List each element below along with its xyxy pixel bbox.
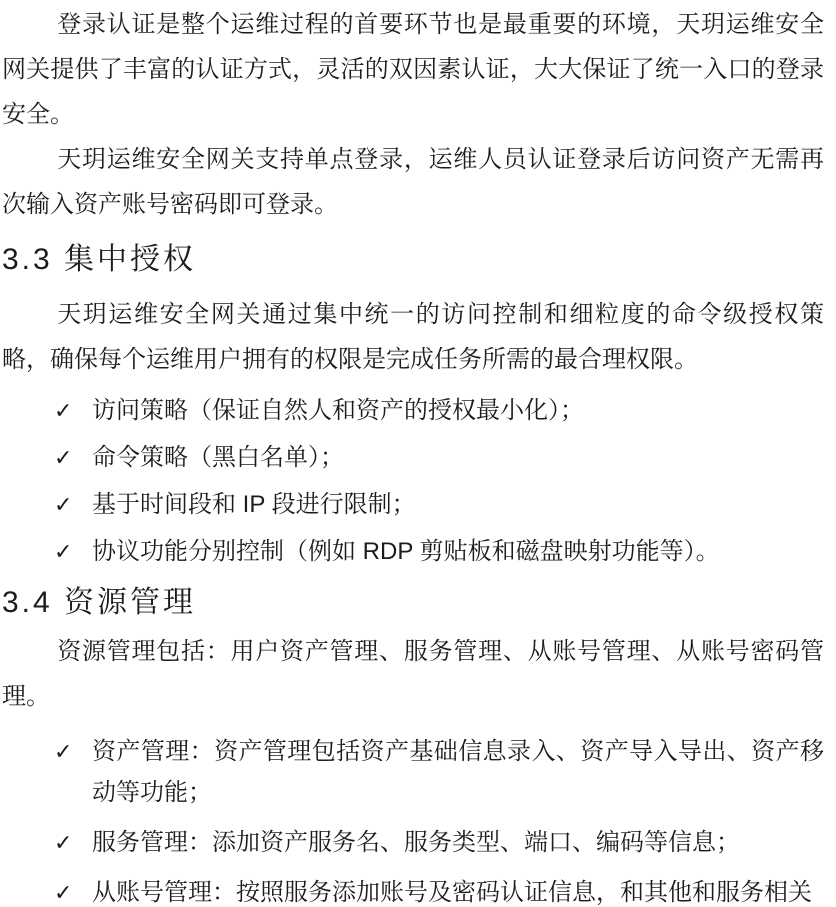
paragraph-resource-management: 资源管理包括：用户资产管理、服务管理、从账号管理、从账号密码管理。 xyxy=(2,629,824,719)
checklist-item: ✓协议功能分别控制（例如 RDP 剪贴板和磁盘映射功能等）。 xyxy=(54,529,824,574)
checkmark-icon: ✓ xyxy=(54,482,92,527)
checklist-item: ✓服务管理：添加资产服务名、服务类型、端口、编码等信息； xyxy=(54,822,824,863)
checkmark-icon: ✓ xyxy=(54,872,92,907)
checkmark-icon: ✓ xyxy=(54,435,92,480)
checklist-item: ✓资产管理：资产管理包括资产基础信息录入、资产导入导出、资产移动等功能； xyxy=(54,731,824,813)
checkmark-icon: ✓ xyxy=(54,529,92,574)
checkmark-icon: ✓ xyxy=(54,822,92,863)
checklist-item-text: 从账号管理：按照服务添加账号及密码认证信息，和其他和服务相关 xyxy=(92,872,824,907)
paragraph-central-authorization: 天玥运维安全网关通过集中统一的访问控制和细粒度的命令级授权策略，确保每个运维用户… xyxy=(2,292,824,382)
checklist-item: ✓访问策略（保证自然人和资产的授权最小化）； xyxy=(54,388,824,433)
checklist-authorization: ✓访问策略（保证自然人和资产的授权最小化）；✓命令策略（黑白名单）；✓基于时间段… xyxy=(2,388,824,574)
checkmark-icon: ✓ xyxy=(54,388,92,433)
checklist-item: ✓从账号管理：按照服务添加账号及密码认证信息，和其他和服务相关 xyxy=(54,872,824,907)
section-heading-3-3: 3.3 集中授权 xyxy=(2,240,824,280)
checklist-item-text: 资产管理：资产管理包括资产基础信息录入、资产导入导出、资产移动等功能； xyxy=(92,731,824,813)
paragraph-single-sign-on: 天玥运维安全网关支持单点登录，运维人员认证登录后访问资产无需再次输入资产账号密码… xyxy=(2,137,824,227)
checkmark-icon: ✓ xyxy=(54,731,92,772)
checklist-resource: ✓资产管理：资产管理包括资产基础信息录入、资产导入导出、资产移动等功能；✓服务管… xyxy=(2,731,824,907)
paragraph-login-auth: 登录认证是整个运维过程的首要环节也是最重要的环境，天玥运维安全网关提供了丰富的认… xyxy=(2,2,824,137)
checklist-item-text: 基于时间段和 IP 段进行限制； xyxy=(92,482,824,527)
checklist-item-text: 服务管理：添加资产服务名、服务类型、端口、编码等信息； xyxy=(92,822,824,863)
checklist-item-text: 访问策略（保证自然人和资产的授权最小化）； xyxy=(92,388,824,433)
checklist-item-text: 协议功能分别控制（例如 RDP 剪贴板和磁盘映射功能等）。 xyxy=(92,529,824,574)
checklist-item: ✓基于时间段和 IP 段进行限制； xyxy=(54,482,824,527)
checklist-item: ✓命令策略（黑白名单）； xyxy=(54,435,824,480)
section-heading-3-4: 3.4 资源管理 xyxy=(2,583,824,623)
checklist-item-text: 命令策略（黑白名单）； xyxy=(92,435,824,480)
document-page: 登录认证是整个运维过程的首要环节也是最重要的环境，天玥运维安全网关提供了丰富的认… xyxy=(0,0,836,907)
